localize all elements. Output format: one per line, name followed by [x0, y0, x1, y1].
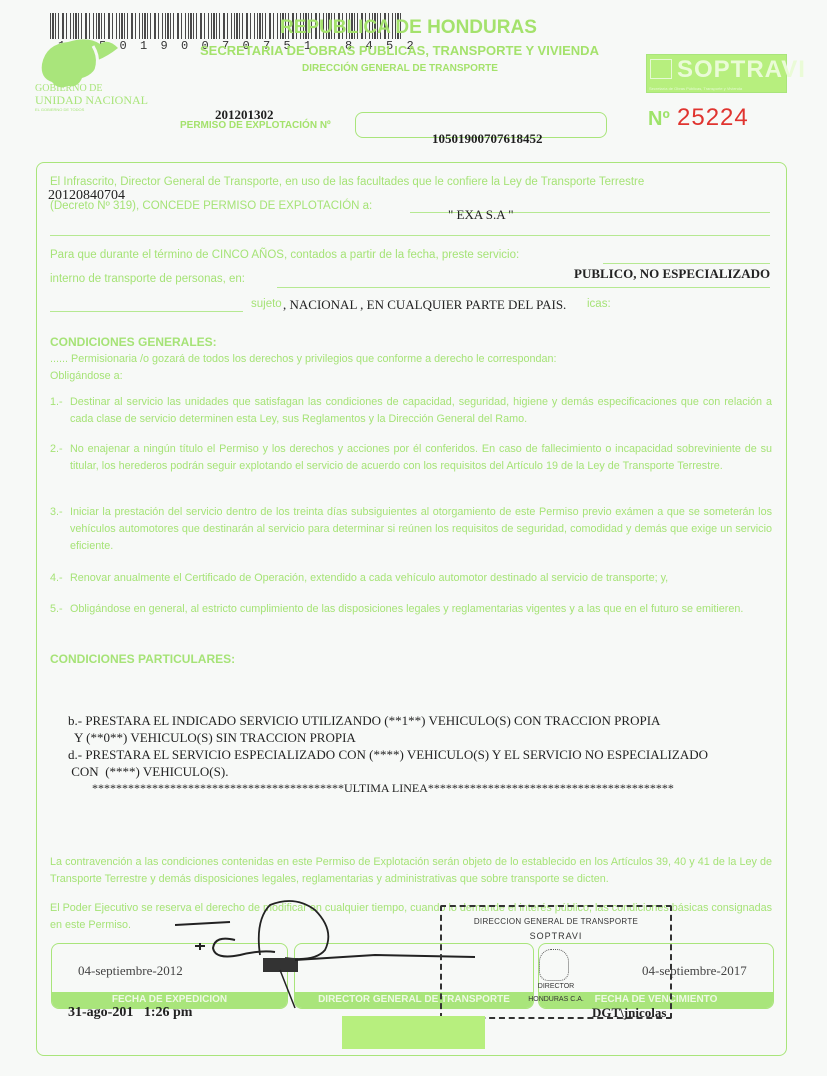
grantee-name: " EXA S.A ": [448, 207, 514, 223]
blank-line: [50, 235, 770, 236]
bottom-soptravi-logo: [342, 1016, 485, 1049]
coat-of-arms-icon: [539, 949, 569, 981]
preamble: ...... Permisionaria /o gozará de todos …: [50, 353, 557, 365]
operator-id: DGT\jnicolas: [592, 1005, 666, 1021]
general-conditions-title: CONDICIONES GENERALES:: [50, 335, 217, 349]
condition-item: 2.-No enajenar a ningún título el Permis…: [50, 441, 772, 475]
stamp-line-1: DIRECCION GENERAL DE TRANSPORTE: [442, 917, 670, 926]
soptravi-logo: SOPTRAVI Secretaría de Obras Públicas, T…: [646, 54, 787, 93]
condition-item: 1.-Destinar al servicio las unidades que…: [50, 394, 772, 428]
director-signature-icon: [175, 900, 475, 1010]
direction-title: DIRECCIÓN GENERAL DE TRANSPORTE: [302, 63, 498, 74]
serial-number: 25224: [677, 104, 749, 132]
condition-item: 5.-Obligándose en general, al estricto c…: [50, 601, 772, 618]
logo-subtitle: Secretaría de Obras Públicas, Transporte…: [649, 86, 742, 91]
particular-conditions-title: CONDICIONES PARTICULARES:: [50, 652, 235, 666]
particular-line: b.- PRESTARA EL INDICADO SERVICIO UTILIZ…: [68, 713, 660, 729]
subject-suffix: icas:: [587, 298, 611, 310]
stamp-code: 20120840704: [48, 188, 125, 204]
particular-line: Y (**0**) VEHICULO(S) SIN TRACCION PROPI…: [68, 730, 356, 746]
subject-prefix: sujeto: [251, 298, 282, 310]
print-timestamp: 31-ago-201 1:26 pm: [68, 1005, 192, 1021]
region-line: [277, 287, 770, 288]
intro-line-1: El Infrascrito, Director General de Tran…: [50, 176, 644, 188]
stamp-line-4: HONDURAS C.A.: [442, 996, 670, 1003]
last-line-marker: ****************************************…: [92, 781, 674, 796]
republic-title: REPUBLICA DE HONDURAS: [280, 17, 537, 39]
term-line: Para que durante el término de CINCO AÑO…: [50, 249, 519, 261]
service-type: PUBLICO, NO ESPECIALIZADO: [574, 266, 770, 282]
transport-line: interno de transporte de personas, en:: [50, 273, 245, 285]
contravention-text: La contravención a las condiciones conte…: [50, 854, 772, 888]
service-line: [603, 263, 770, 264]
number-label: Nº: [648, 108, 670, 131]
subject-line: [50, 311, 243, 312]
gov-line-2: UNIDAD NACIONAL: [35, 94, 148, 106]
stamp-line-2: SOPTRAVI: [442, 931, 670, 941]
official-stamp: DIRECCION GENERAL DE TRANSPORTE SOPTRAVI…: [440, 905, 672, 1019]
logo-word: SOPTRAVI: [677, 56, 806, 84]
condition-item: 3.-Iniciar la prestación del servicio de…: [50, 504, 772, 555]
logo-mark-icon: [650, 59, 672, 79]
stamp-line-3: DIRECTOR: [442, 983, 670, 990]
permit-label: PERMISO DE EXPLOTACIÓN Nº: [180, 120, 331, 131]
particular-line: d.- PRESTARA EL SERVICIO ESPECIALIZADO C…: [68, 747, 708, 763]
issue-date: 04-septiembre-2012: [78, 963, 183, 979]
condition-item: 4.-Renovar anualmente el Certificado de …: [50, 570, 772, 587]
permit-barcode-number: 10501900707618452: [432, 131, 543, 147]
particular-line: CON (****) VEHICULO(S).: [68, 764, 228, 780]
gov-line-3: EL GOBIERNO DE TODOS: [35, 107, 84, 112]
secretariat-title: SECRETARIA DE OBRAS PUBLICAS, TRANSPORTE…: [200, 43, 599, 58]
coverage: , NACIONAL , EN CUALQUIER PARTE DEL PAIS…: [283, 297, 566, 313]
obliged: Obligándose a:: [50, 370, 123, 382]
